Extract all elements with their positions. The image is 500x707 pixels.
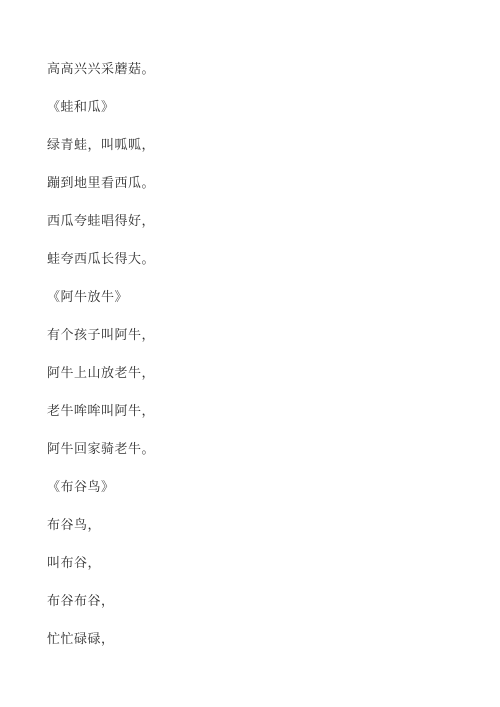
poem-title: 《布谷鸟》: [47, 480, 470, 518]
poem-line: 绿青蛙，叫呱呱，: [47, 138, 470, 176]
poem-line: 蹦到地里看西瓜。: [47, 176, 470, 214]
poem-title: 《阿牛放牛》: [47, 290, 470, 328]
poem-line: 布谷鸟，: [47, 518, 470, 556]
poem-line: 布谷布谷，: [47, 594, 470, 632]
poem-line: 有个孩子叫阿牛，: [47, 328, 470, 366]
poem-line: 西瓜夸蛙唱得好，: [47, 214, 470, 252]
poem-line: 叫布谷，: [47, 556, 470, 594]
poem-line: 忙忙碌碌，: [47, 632, 470, 670]
poem-line: 老牛哞哞叫阿牛，: [47, 404, 470, 442]
poem-title: 《蛙和瓜》: [47, 100, 470, 138]
poem-line: 蛙夸西瓜长得大。: [47, 252, 470, 290]
poem-line: 阿牛回家骑老牛。: [47, 442, 470, 480]
document-text-block: 高高兴兴采蘑菇。 《蛙和瓜》 绿青蛙，叫呱呱， 蹦到地里看西瓜。 西瓜夸蛙唱得好…: [47, 62, 470, 670]
document-page: 高高兴兴采蘑菇。 《蛙和瓜》 绿青蛙，叫呱呱， 蹦到地里看西瓜。 西瓜夸蛙唱得好…: [0, 0, 500, 707]
poem-line: 阿牛上山放老牛，: [47, 366, 470, 404]
poem-closing-line: 高高兴兴采蘑菇。: [47, 62, 470, 100]
